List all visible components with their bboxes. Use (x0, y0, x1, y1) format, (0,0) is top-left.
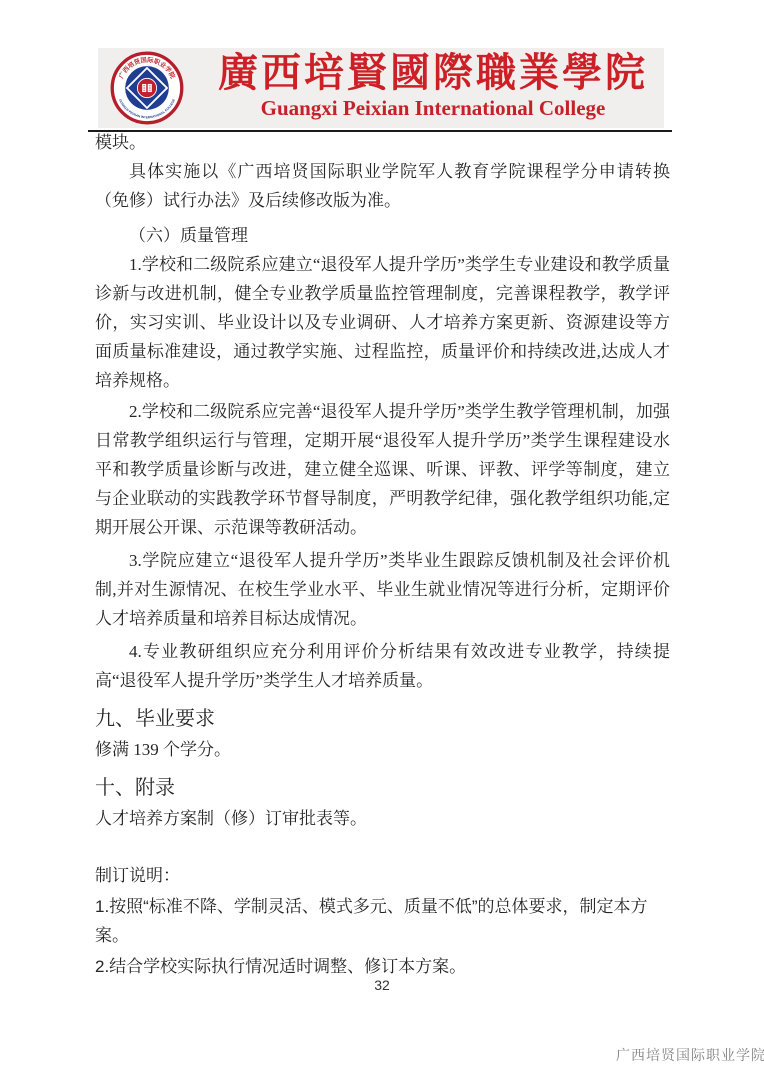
paragraph-continuation: 模块。 (95, 128, 670, 157)
paragraph-implementation: 具体实施以《广西培贤国际职业学院军人教育学院课程学分申请转换（免修）试行办法》及… (95, 157, 670, 215)
note-item-1: 1.按照“标准不降、学制灵活、模式多元、质量不低”的总体要求，制定本方案。 (95, 892, 670, 950)
heading-appendix: 十、附录 (95, 774, 670, 802)
paragraph-appendix: 人才培养方案制（修）订审批表等。 (95, 804, 670, 833)
college-name-chinese: 廣西培賢國際職業學院 (213, 50, 653, 96)
document-page: 广西培贤国际职业学院 GUANGXI PEIXIAN INTERNATIONAL… (0, 0, 764, 1080)
paragraph-quality-2: 2.学校和二级院系应完善“退役军人提升学历”类学生教学管理机制，加强日常教学组织… (95, 397, 670, 542)
paragraph-quality-4: 4.专业教研组织应充分利用评价分析结果有效改进专业教学，持续提高“退役军人提升学… (95, 637, 670, 695)
seal-icon: 广西培贤国际职业学院 GUANGXI PEIXIAN INTERNATIONAL… (110, 51, 184, 125)
drafting-notes: 制订说明： 1.按照“标准不降、学制灵活、模式多元、质量不低”的总体要求，制定本… (95, 861, 670, 981)
college-header: 广西培贤国际职业学院 GUANGXI PEIXIAN INTERNATIONAL… (98, 48, 664, 128)
heading-graduation-requirements: 九、毕业要求 (95, 705, 670, 733)
paragraph-credits: 修满 139 个学分。 (95, 735, 670, 764)
paragraph-quality-1: 1.学校和二级院系应建立“退役军人提升学历”类学生专业建设和教学质量诊新与改进机… (95, 250, 670, 395)
footer-watermark: 广西培贤国际职业学院 (616, 1045, 764, 1065)
college-titles: 廣西培賢國際職業學院 Guangxi Peixian International… (213, 50, 653, 120)
college-name-english: Guangxi Peixian International College (213, 96, 653, 120)
paragraph-quality-3: 3.学院应建立“退役军人提升学历”类毕业生跟踪反馈机制及社会评价机制,并对生源情… (95, 546, 670, 633)
document-body: 模块。 具体实施以《广西培贤国际职业学院军人教育学院课程学分申请转换（免修）试行… (95, 128, 670, 981)
heading-quality-management: （六）质量管理 (95, 221, 670, 250)
page-number: 32 (0, 977, 764, 993)
heading-drafting-notes: 制订说明： (95, 861, 670, 890)
college-seal-logo: 广西培贤国际职业学院 GUANGXI PEIXIAN INTERNATIONAL… (110, 51, 184, 125)
